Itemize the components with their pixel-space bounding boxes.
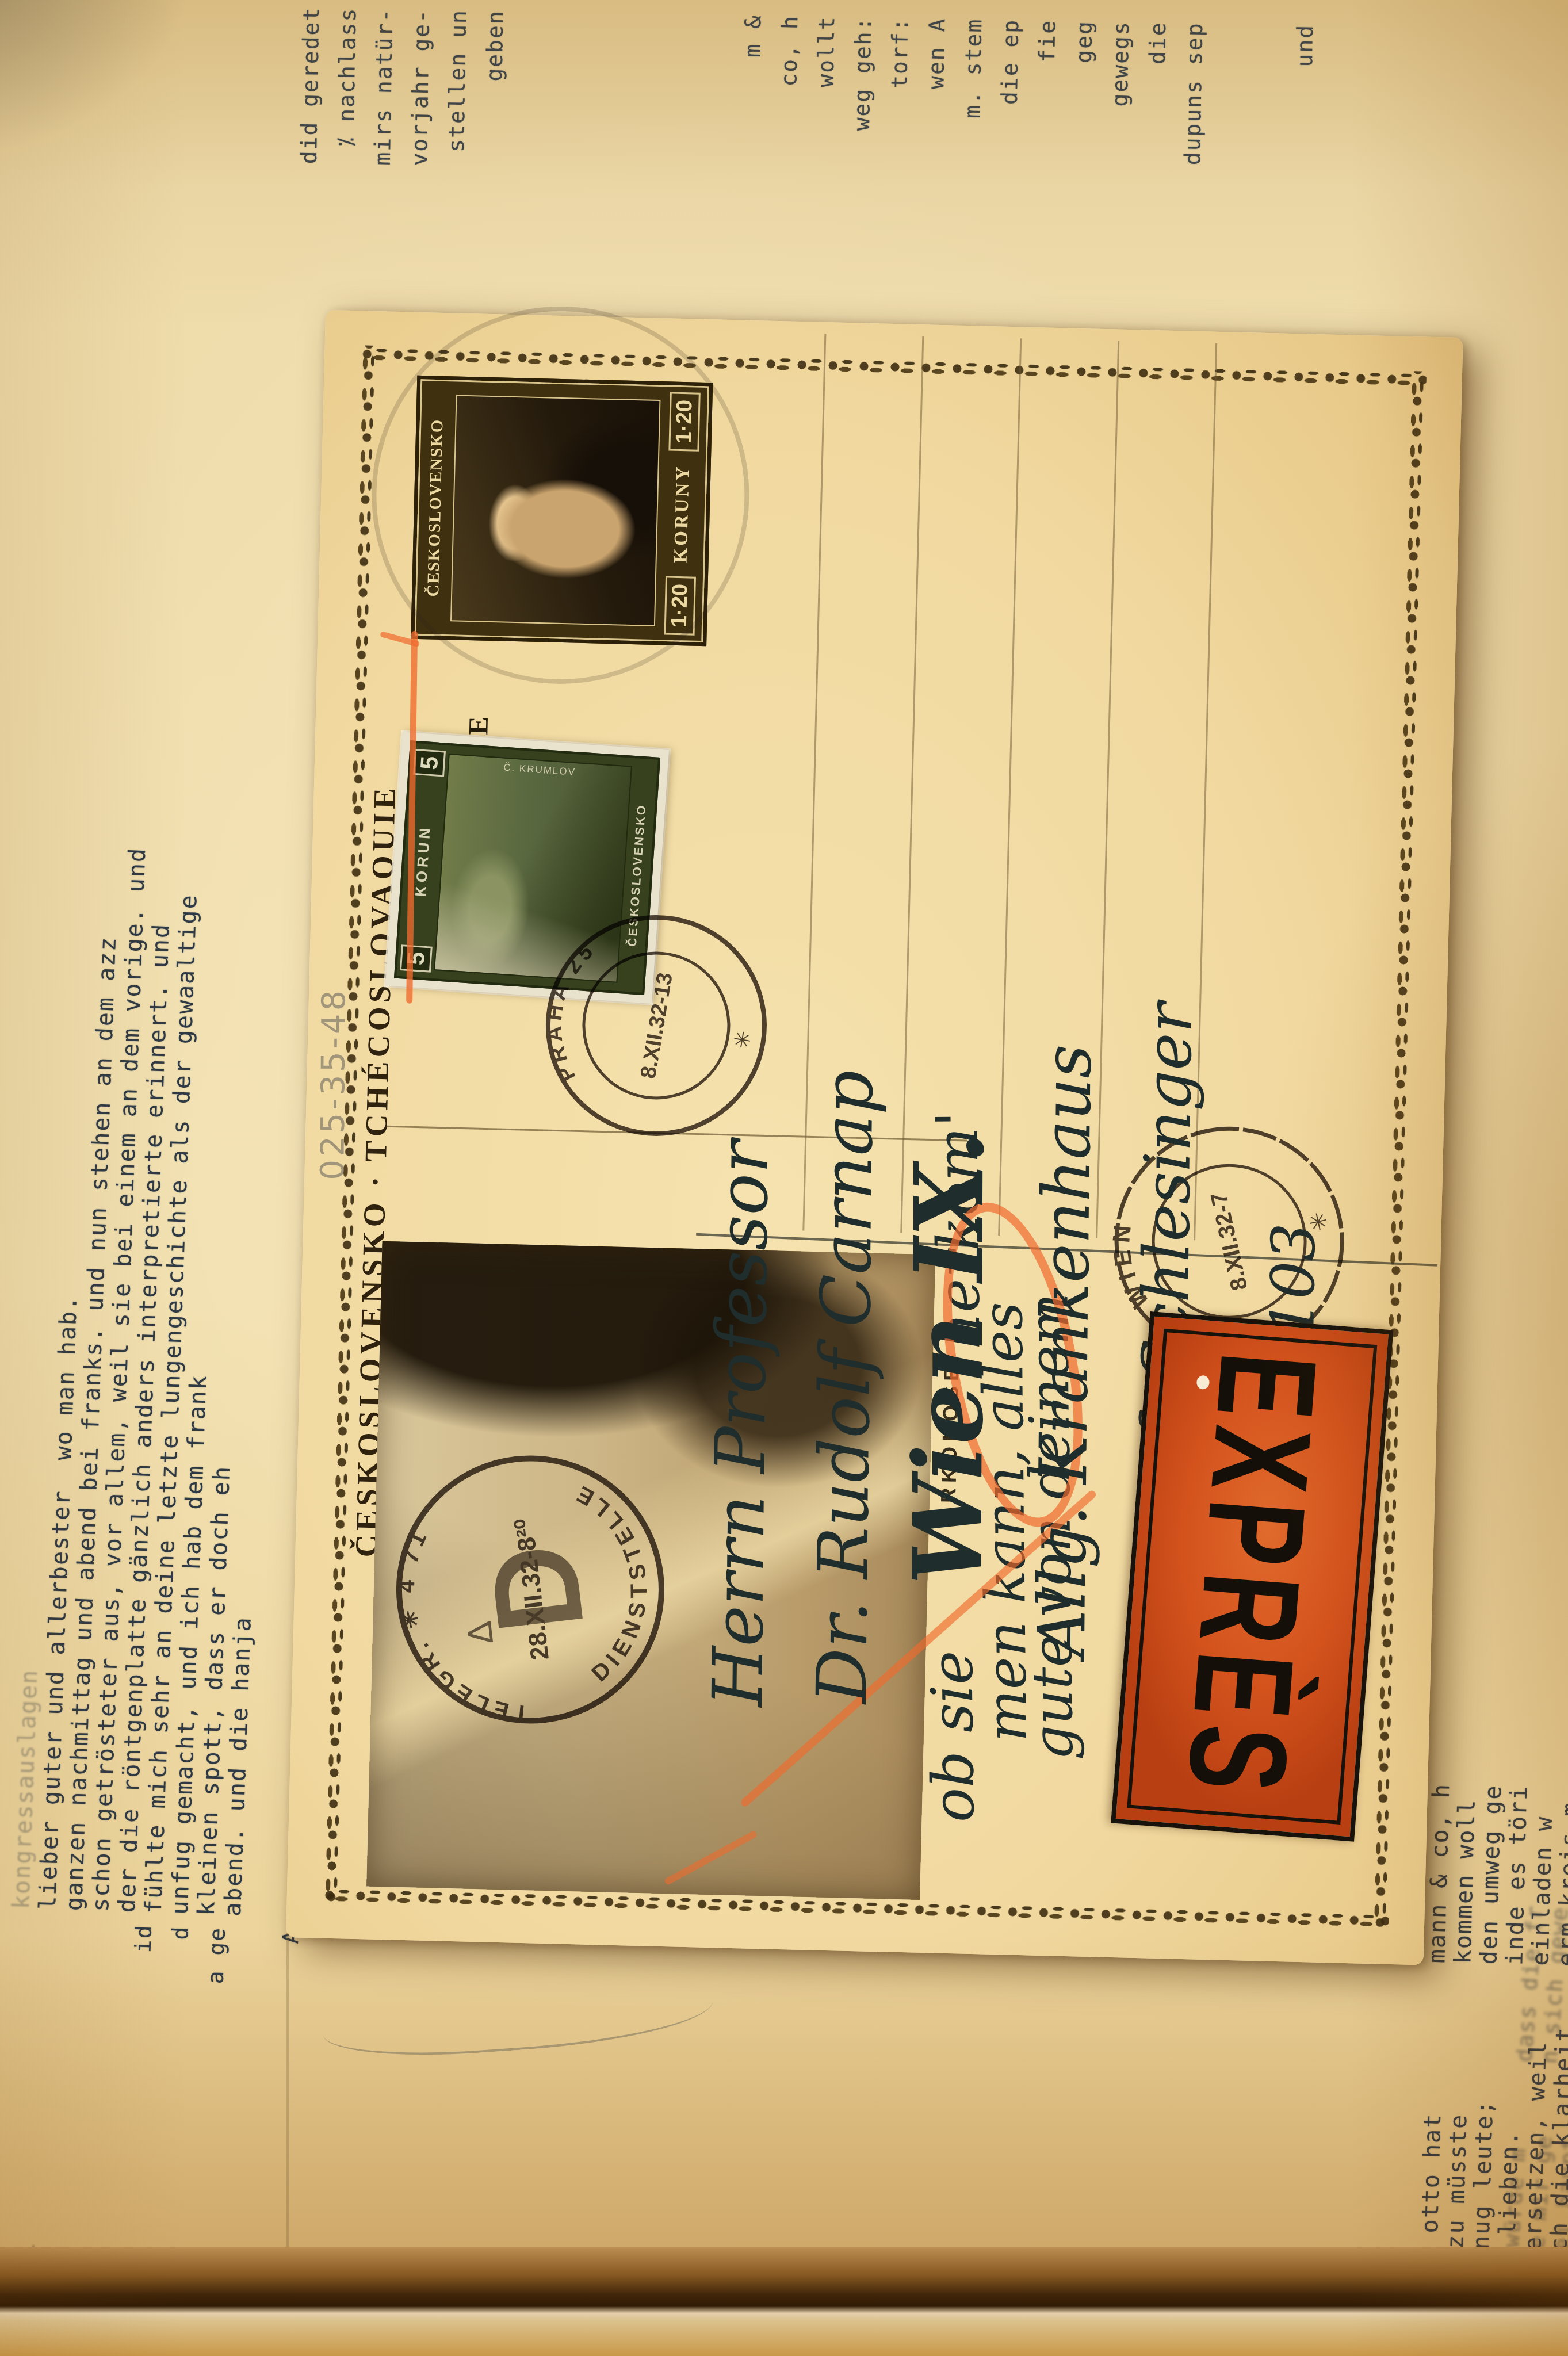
typed-fragment: fie xyxy=(1024,19,1066,333)
pencil-archive-number: 025-35-48 xyxy=(314,988,353,1180)
expres-text: EXPRÈS xyxy=(1156,1348,1348,1806)
typed-page-top-strip: did geredet⁒ nachlassmirs natür-vorjahr … xyxy=(288,6,1397,339)
typed-fragment: weg geh: xyxy=(840,16,882,330)
typed-fragment: wollt xyxy=(803,16,846,330)
ornamental-border-bottom xyxy=(1371,371,1427,1930)
imprinted-stamp-masaryk: ČESKOSLOVENSKO 1·20 KORUNY 1·20 xyxy=(411,376,713,646)
address-line-2: Dr. Rudolf Carnap xyxy=(802,1070,889,1704)
typed-fragment xyxy=(693,13,735,327)
typed-line: fühlte mich sehr an deine letzte lungeng… xyxy=(140,0,235,1914)
typed-fragment xyxy=(1245,23,1287,337)
typed-fragments-below-card: idda ge A xyxy=(86,1922,309,1999)
typed-fragment: d xyxy=(160,1925,199,1995)
typed-line: kongressauslagen xyxy=(8,0,103,1910)
address-rule xyxy=(998,338,1022,1236)
postcard: ČESKOSLOVENSKO · TCHÉCOSLOVAQUIE E 025-3… xyxy=(286,310,1463,1965)
typed-line: der die röntgenplatte gänzlich anders in… xyxy=(114,0,209,1913)
typed-fragment xyxy=(582,12,625,326)
typed-fragment xyxy=(656,13,698,327)
page-edge-seam xyxy=(286,1933,289,2301)
typed-fragment: m & xyxy=(729,14,772,328)
typed-fragment: gewegs xyxy=(1097,21,1140,335)
imprinted-stamp-value-band: 1·20 KORUNY 1·20 xyxy=(655,385,709,642)
photo-of-postcard-on-typed-letters: { "postcard": { "heading": "ČESKOSLOVENS… xyxy=(0,0,1568,2356)
typed-fragment xyxy=(508,10,551,324)
typed-line: e sei haupt n. schmus xyxy=(1546,21,1568,2294)
typed-line: unfug gemacht, und ich hab dem frank xyxy=(167,0,262,1915)
typed-line: lieber guter und allerbester wo man hab. xyxy=(35,0,129,1910)
typed-fragment xyxy=(619,12,661,326)
typed-fragment: stellen un xyxy=(435,9,477,323)
expres-label: EXPRÈS xyxy=(1111,1311,1393,1842)
address-line-1: Herrn Professor xyxy=(698,1140,784,1707)
typed-fragment: die ep xyxy=(987,18,1030,332)
typed-letter-page-left: kongressauslagenlieber guter und allerbe… xyxy=(8,0,314,1917)
address-line-4: Allg. Krankenhaus xyxy=(1023,1044,1106,1657)
address-line-3: Wien IX. xyxy=(892,1130,1005,1585)
typed-line: kleinen spott, dass er doch eh xyxy=(193,0,288,1916)
typed-fragment xyxy=(1318,24,1361,338)
typed-line: genug leute; den umweg ge xyxy=(1468,2,1554,2280)
typed-fragment: und xyxy=(1282,24,1324,338)
green-stamp-frame: 5 KORUN 5 Č. KRUMLOV ČESKOSLOVENSKO xyxy=(394,740,660,995)
typed-fragment: ⁒ nachlass xyxy=(324,7,367,321)
typed-line: übersetzen, weil einladen w xyxy=(1520,3,1568,2281)
photo-bottom-edge-band xyxy=(0,2247,1568,2356)
typed-fragment: wen A xyxy=(913,17,956,331)
typed-fragment: geben xyxy=(472,10,514,324)
typed-fragment: m. stem xyxy=(950,18,993,332)
typed-fragment xyxy=(234,1927,273,1998)
typed-line: ganzen nachmittag und abend bei franks. … xyxy=(61,0,156,1911)
expres-inner-frame: EXPRÈS xyxy=(1127,1329,1377,1825)
green-stamp-currency: KORUN xyxy=(411,824,434,897)
typed-fragment: a ge xyxy=(197,1926,236,1997)
typed-letter-page-right-blurred: ch würde m dass die fralte mir ge n sich… xyxy=(1496,17,1568,2297)
typed-line: ch würde m dass die fr xyxy=(1496,17,1568,2291)
typed-fragment: did geredet xyxy=(288,6,330,320)
green-stamp-vignette-caption: Č. KRUMLOV xyxy=(503,762,576,778)
green-stamp-vignette: Č. KRUMLOV xyxy=(434,754,632,983)
typed-fragment: A xyxy=(270,1929,309,1999)
card-heading-dopisnice-last-letter: E xyxy=(462,716,495,735)
postcard-wrap: ČESKOSLOVENSKO · TCHÉCOSLOVAQUIE E 025-3… xyxy=(286,310,1463,1965)
typed-fragment: mirs natür- xyxy=(361,7,404,322)
stamp-value-right: 1·20 xyxy=(668,392,700,452)
typed-line: alte mir ge n sich gewe xyxy=(1521,19,1568,2293)
typed-line: lich die klarheit erm kreis m xyxy=(1546,4,1568,2282)
typed-fragment xyxy=(1355,25,1398,339)
typed-fragment: co, h xyxy=(766,15,809,329)
green-stamp-value-right: 5 xyxy=(413,749,446,777)
green-stamp-value-left: 5 xyxy=(400,944,433,973)
stamp-currency: KORUNY xyxy=(670,464,694,563)
adhesive-stamp-krumlov: 5 KORUN 5 Č. KRUMLOV ČESKOSLOVENSKO xyxy=(385,732,669,1004)
typed-fragment xyxy=(1208,22,1250,336)
typed-fragment-bottom-left: nielnil xyxy=(13,2241,40,2337)
typed-fragment: dupuns sep xyxy=(1171,22,1214,336)
typed-line: zu lieben. inde es töri xyxy=(1494,3,1568,2281)
typed-fragment: die xyxy=(1134,21,1177,335)
typed-fragment xyxy=(545,11,588,325)
typed-fragment: torf: xyxy=(877,17,919,331)
address-rule xyxy=(900,336,924,1233)
typed-line: schon getrösteter aus, vor allem, weil s… xyxy=(87,0,182,1912)
stamp-portrait xyxy=(450,395,661,626)
svg-text:✳: ✳ xyxy=(730,1029,757,1051)
imprinted-stamp-country: ČESKOSLOVENSKO xyxy=(414,379,456,636)
typed-fragment: vorjahr ge- xyxy=(398,8,441,322)
typed-fragment: id xyxy=(123,1923,162,1994)
pencil-curve-mark xyxy=(320,1965,716,2063)
svg-text:8.XII.32-7: 8.XII.32-7 xyxy=(1206,1190,1253,1293)
typed-fragment: geg xyxy=(1061,20,1103,334)
typed-fragment xyxy=(86,1922,125,1992)
stamp-value-left: 1·20 xyxy=(664,576,695,635)
